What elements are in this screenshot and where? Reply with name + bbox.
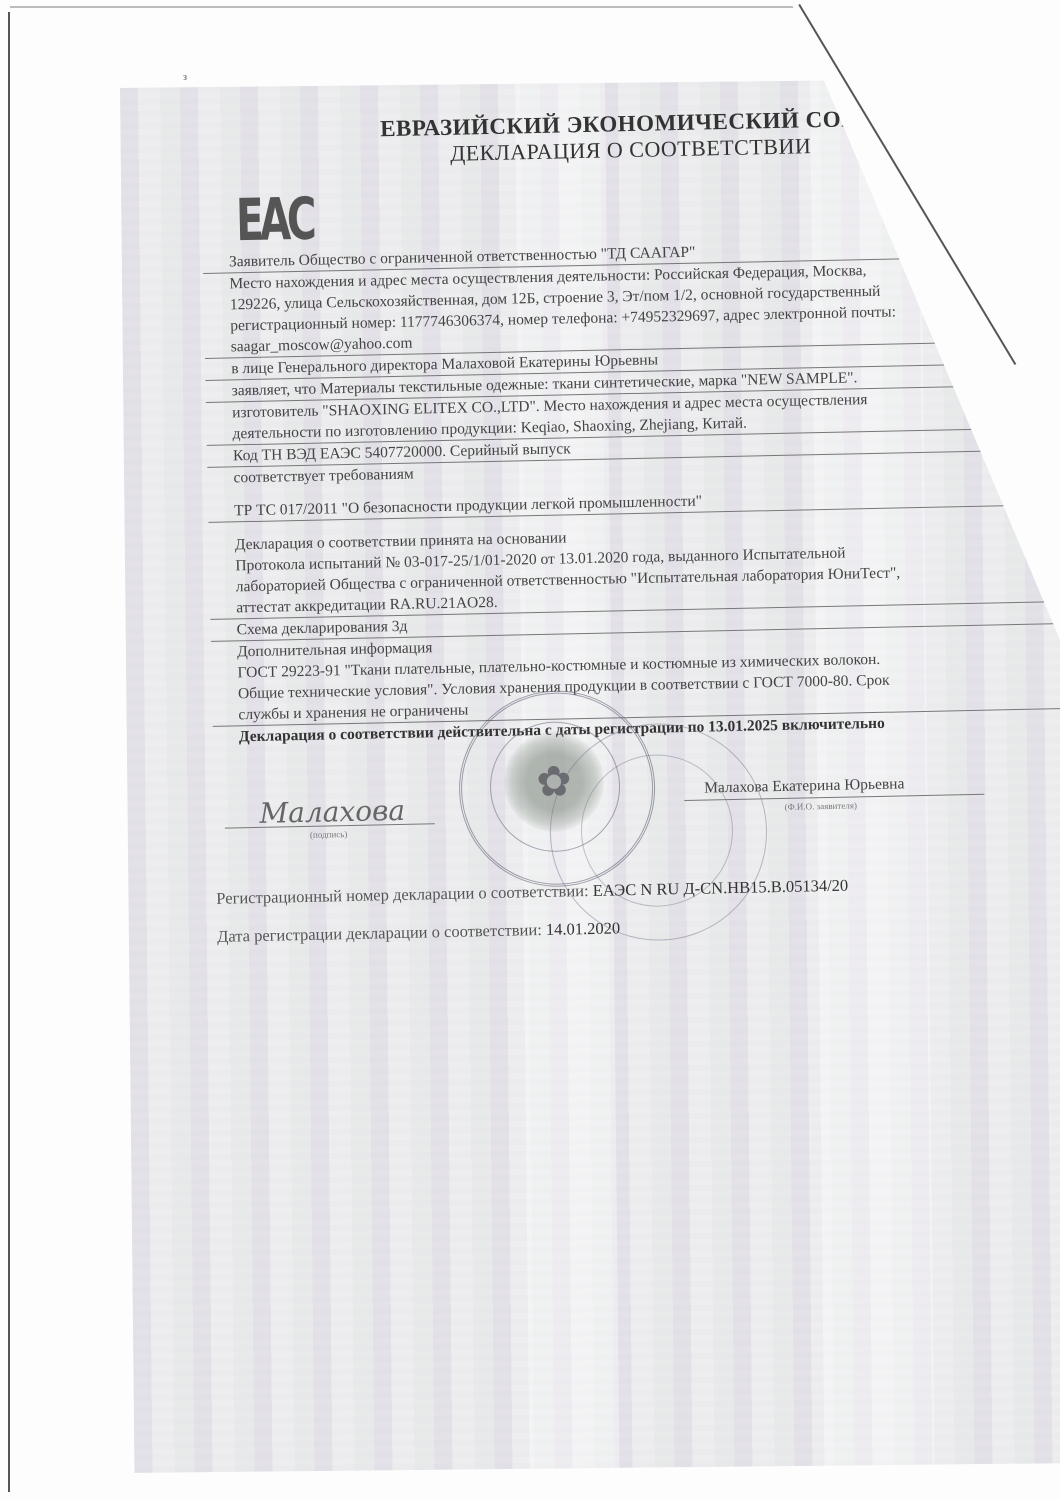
registration-date-label: Дата регистрации декларации о соответств… bbox=[217, 920, 542, 946]
second-stamp-icon bbox=[548, 721, 769, 942]
signature-block: ✿ Малахова (подпись) Малахова Екатерина … bbox=[214, 770, 1060, 858]
signature-caption: (подпись) bbox=[310, 829, 348, 840]
folded-corner bbox=[790, 0, 1060, 640]
eac-logo-icon: ЕАС bbox=[236, 179, 815, 251]
registration-number-label: Регистрационный номер декларации о соотв… bbox=[216, 881, 589, 908]
name-caption: (Ф.И.О. заявителя) bbox=[784, 800, 857, 812]
scan-mark: з bbox=[183, 72, 187, 83]
scan-edge-left bbox=[8, 12, 10, 1492]
